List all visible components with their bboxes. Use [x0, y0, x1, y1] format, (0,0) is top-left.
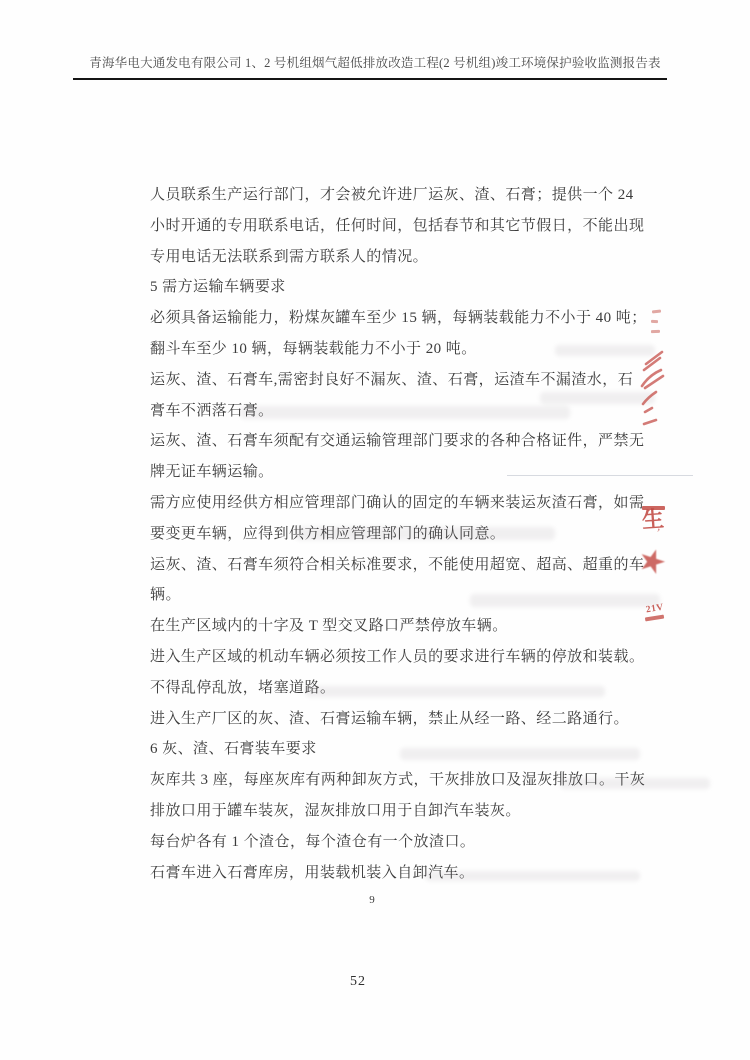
- body-line: 运灰、渣、石膏车,需密封良好不漏灰、渣、石膏，运渣车不漏渣水，石: [150, 365, 628, 396]
- body-line: 进入生产区域的机动车辆必须按工作人员的要求进行车辆的停放和装载。: [150, 642, 628, 673]
- body-line: 人员联系生产运行部门，才会被允许进厂运灰、渣、石膏；提供一个 24: [150, 180, 628, 211]
- bleedthrough-artifact: [240, 406, 570, 419]
- body-line: 必须具备运输能力，粉煤灰罐车至少 15 辆，每辆装载能力不小于 40 吨；: [150, 303, 628, 334]
- inner-page-number: 9: [362, 894, 382, 906]
- body-line: 在生产区域内的十字及 T 型交叉路口严禁停放车辆。: [150, 611, 628, 642]
- stamp-stroke: [652, 310, 661, 314]
- stamp-fragment-script: [636, 348, 670, 432]
- page-number: 52: [330, 974, 386, 990]
- body-line: 专用电话无法联系到需方联系人的情况。: [150, 242, 628, 273]
- bleedthrough-artifact: [425, 871, 640, 881]
- body-line: 灰库共 3 座，每座灰库有两种卸灰方式，干灰排放口及湿灰排放口。干灰: [150, 765, 628, 796]
- stamp-code-underline: [645, 615, 664, 621]
- stamp-star-icon: ★: [634, 541, 671, 580]
- body-line: 牌无证车辆运输。: [150, 457, 628, 488]
- bleedthrough-artifact: [560, 778, 710, 789]
- section-heading: 5 需方运输车辆要求: [150, 272, 628, 303]
- body-line: 小时开通的专用联系电话，任何时间，包括春节和其它节假日，不能出现: [150, 211, 628, 242]
- header-divider: [73, 78, 667, 80]
- bleedthrough-artifact: [400, 748, 640, 760]
- stamp-stroke: [651, 330, 660, 333]
- body-line: 排放口用于罐车装灰，湿灰排放口用于自卸汽车装灰。: [150, 796, 628, 827]
- document-page: 青海华电大通发电有限公司 1、2 号机组烟气超低排放改造工程(2 号机组)竣工环…: [0, 0, 750, 1060]
- body-line: 需方应使用经供方相应管理部门确认的固定的车辆来装运灰渣石膏，如需: [150, 488, 628, 519]
- bleedthrough-artifact: [470, 594, 660, 607]
- body-line: 运灰、渣、石膏车须配有交通运输管理部门要求的各种合格证件，严禁无: [150, 426, 628, 457]
- bleedthrough-artifact: [295, 527, 555, 540]
- document-header-title: 青海华电大通发电有限公司 1、2 号机组烟气超低排放改造工程(2 号机组)竣工环…: [75, 53, 675, 71]
- body-line: 每台炉各有 1 个渣仓，每个渣仓有一个放渣口。: [150, 827, 628, 858]
- body-line: 运灰、渣、石膏车须符合相关标准要求，不能使用超宽、超高、超重的车: [150, 550, 628, 581]
- bleedthrough-artifact: [305, 686, 605, 697]
- stamp-stroke: [651, 320, 658, 323]
- body-line: 进入生产厂区的灰、渣、石膏运输车辆，禁止从经一路、经二路通行。: [150, 704, 628, 735]
- faint-table-rule-artifact: [507, 475, 693, 476]
- stamp-code: 21V: [645, 603, 664, 616]
